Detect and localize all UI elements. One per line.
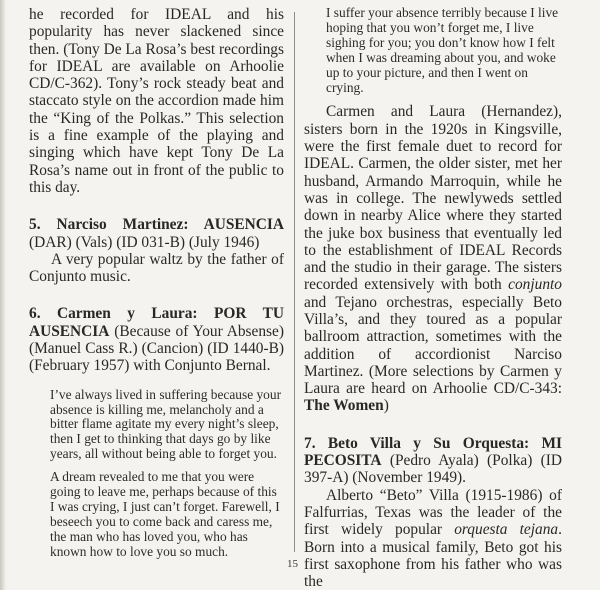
paragraph-text: Carmen and Laura (Hernandez), sisters bo… bbox=[304, 103, 562, 293]
track-5-title: 5. Narciso Martinez: AUSENCIA bbox=[29, 216, 284, 233]
italic-term-orquesta-tejana: orquesta tejana bbox=[454, 521, 558, 538]
paragraph-text: and Tejano orchestras, especially Beto V… bbox=[304, 294, 562, 397]
paragraph-text: ) bbox=[384, 397, 389, 414]
track-5-description: A very popular waltz by the father of Co… bbox=[29, 251, 284, 286]
page-edge-shadow bbox=[0, 0, 6, 590]
lyric-stanza-3: I suffer your absence terribly because I… bbox=[326, 6, 562, 95]
beto-villa-bio: Alberto “Beto” Villa (1915-1986) of Falf… bbox=[304, 487, 562, 590]
lyric-stanza-1: I’ve always lived in suffering because y… bbox=[50, 388, 284, 463]
track-5-details: (DAR) (Vals) (ID 031-B) (July 1946) bbox=[29, 234, 259, 251]
right-column: I suffer your absence terribly because I… bbox=[304, 6, 562, 590]
track-6-heading: 6. Carmen y Laura: POR TU AUSENCIA (Beca… bbox=[29, 305, 284, 374]
track-7-heading: 7. Beto Villa y Su Orquesta: MI PECOSITA… bbox=[304, 435, 562, 487]
lyric-stanza-2: A dream revealed to me that you were goi… bbox=[50, 470, 284, 559]
column-divider bbox=[294, 12, 295, 552]
intro-paragraph: he recorded for IDEAL and his popularity… bbox=[29, 6, 284, 196]
left-column: he recorded for IDEAL and his popularity… bbox=[29, 6, 284, 560]
carmen-laura-paragraph: Carmen and Laura (Hernandez), sisters bo… bbox=[304, 103, 562, 414]
page-number: 15 bbox=[287, 558, 298, 570]
album-title-the-women: The Women bbox=[304, 397, 384, 414]
italic-term-conjunto: conjunto bbox=[508, 276, 562, 293]
track-5-heading: 5. Narciso Martinez: AUSENCIA (DAR) (Val… bbox=[29, 216, 284, 251]
